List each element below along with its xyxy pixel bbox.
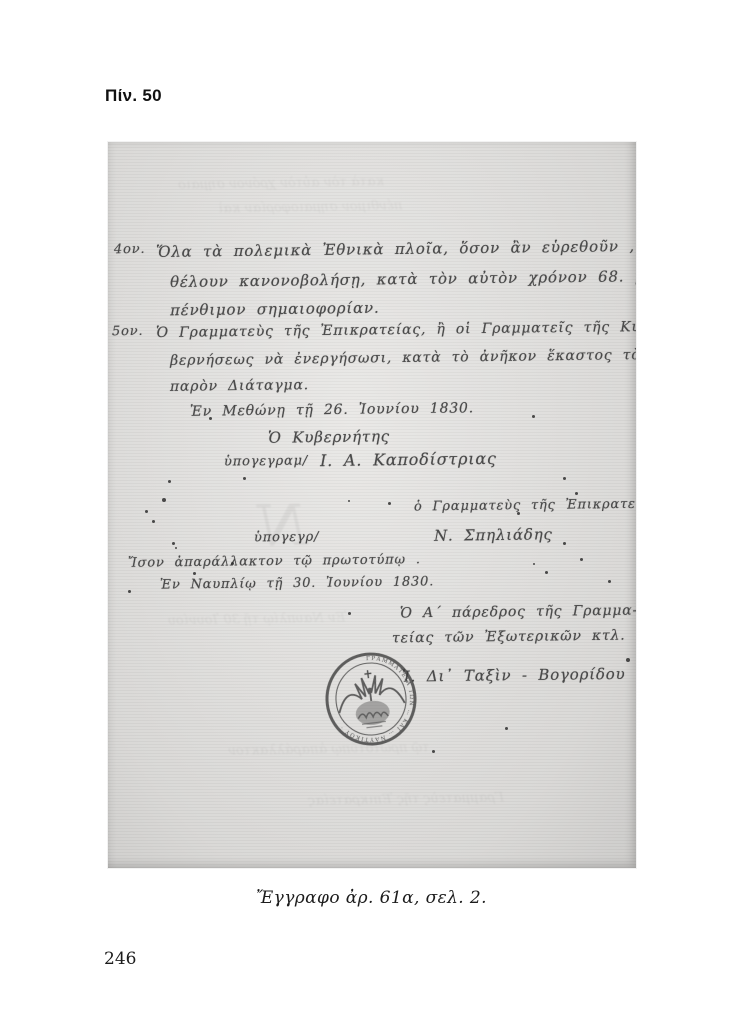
bleedthrough-text: Γραμματεὺς τῆς Ἐπικρατείας <box>308 790 504 808</box>
ink-speck <box>388 502 391 505</box>
ink-speck <box>432 750 435 753</box>
handwritten-line: ὑπογεγρ/ <box>254 530 319 546</box>
ink-speck <box>505 727 508 730</box>
handwritten-line: Ἴσον ἀπαράλλακτον τῷ πρωτοτύπῳ . <box>128 552 421 571</box>
ink-speck <box>532 415 535 418</box>
ink-speck <box>348 500 350 502</box>
handwritten-line: ὁ Γραμματεὺς τῆς Ἐπικρατείας <box>414 497 636 515</box>
handwritten-line: Ν. Σπηλιάδης <box>434 525 553 544</box>
ink-speck <box>162 498 166 502</box>
bleedthrough-text: πένθιμον σημαιοφορίαν καὶ <box>218 198 403 216</box>
phoenix-seal-stamp: ΓΡΑΜΜΑΤΕΙΑ ΤΩΝ … ΚΑΙ … ΝΑΥΤΙΚΟΥ · <box>318 646 425 753</box>
ink-speck <box>243 477 246 480</box>
handwritten-line: Ἐν Ναυπλίῳ τῇ 30. Ἰουνίου 1830. <box>160 574 434 592</box>
handwritten-line: πένθιμον σημαιοφορίαν. <box>170 299 380 320</box>
ink-speck <box>533 563 535 565</box>
handwritten-line: Ἐν Μεθώνῃ τῇ 26. Ἰουνίου 1830. <box>190 400 474 419</box>
ink-speck <box>168 480 171 483</box>
ink-speck <box>563 542 566 545</box>
handwritten-line: Ὁ Κυβερνήτης <box>268 427 390 446</box>
bleedthrough-text: Ἐν Ναυπλίῳ τῇ 30 Ἰουνίου <box>168 610 347 628</box>
ink-speck <box>209 417 212 420</box>
seal-flames <box>354 699 391 729</box>
ink-speck <box>517 512 520 515</box>
ink-speck <box>145 510 148 513</box>
bleedthrough-text: Ν <box>257 494 307 560</box>
page-number: 246 <box>104 949 136 969</box>
ink-speck <box>193 572 196 575</box>
ink-speck <box>348 612 351 615</box>
handwritten-line: θέλουν κανονοβολήσῃ, κατὰ τὸν αὐτὸν χρόν… <box>170 267 636 291</box>
handwritten-line: παρὸν Διάταγμα. <box>170 377 309 395</box>
plate-label: Πίν. 50 <box>105 86 162 106</box>
ink-speck <box>626 658 630 662</box>
handwritten-line: Ὁ Γραμματεὺς τῆς Ἐπικρατείας, ἢ οἱ Γραμμ… <box>156 319 636 341</box>
handwritten-line: βερνήσεως νὰ ἐνεργήσωσι, κατὰ τὸ ἀνῆκον … <box>170 347 636 369</box>
ink-speck <box>580 558 583 561</box>
book-page: { "page": { "plate_label": "Πίν. 50", "c… <box>0 0 743 1027</box>
bleedthrough-text: κατὰ τὸν αὐτὸν χρόνον σημαιο <box>178 174 384 193</box>
handwritten-line: Ι. Α. Καποδίστριας <box>320 449 497 470</box>
handwritten-line: τείας τῶν Ἐξωτερικῶν κτλ. <box>392 628 626 647</box>
handwritten-line: ὑπογεγραμ/ <box>224 453 308 469</box>
handwritten-line: 4ον. <box>114 242 146 257</box>
handwritten-line: 5ον. <box>112 324 144 339</box>
ink-speck <box>545 571 548 574</box>
ink-speck <box>172 542 175 545</box>
handwritten-line: Ἰ. Δι᾽ Ταξὶν - Βογορίδου ). <box>402 664 636 685</box>
handwritten-line: Ὁ Α´ πάρεδρος τῆς Γραμμα- <box>400 603 636 622</box>
ink-speck <box>575 492 578 495</box>
ink-speck <box>608 580 611 583</box>
figure-caption: Ἔγγραφο ἀρ. 61α, σελ. 2. <box>0 888 743 908</box>
ink-speck <box>563 477 566 480</box>
cross-icon <box>364 670 372 679</box>
ink-speck <box>231 562 234 565</box>
ink-speck <box>152 520 155 523</box>
ink-speck <box>128 590 131 593</box>
handwritten-line: Ὅλα τὰ πολεμικὰ Ἐθνικὰ πλοῖα, ὅσον ἂν εὑ… <box>156 237 635 261</box>
ink-speck <box>175 547 177 549</box>
document-scan: κατὰ τὸν αὐτὸν χρόνον σημαιοπένθιμον σημ… <box>108 142 636 868</box>
